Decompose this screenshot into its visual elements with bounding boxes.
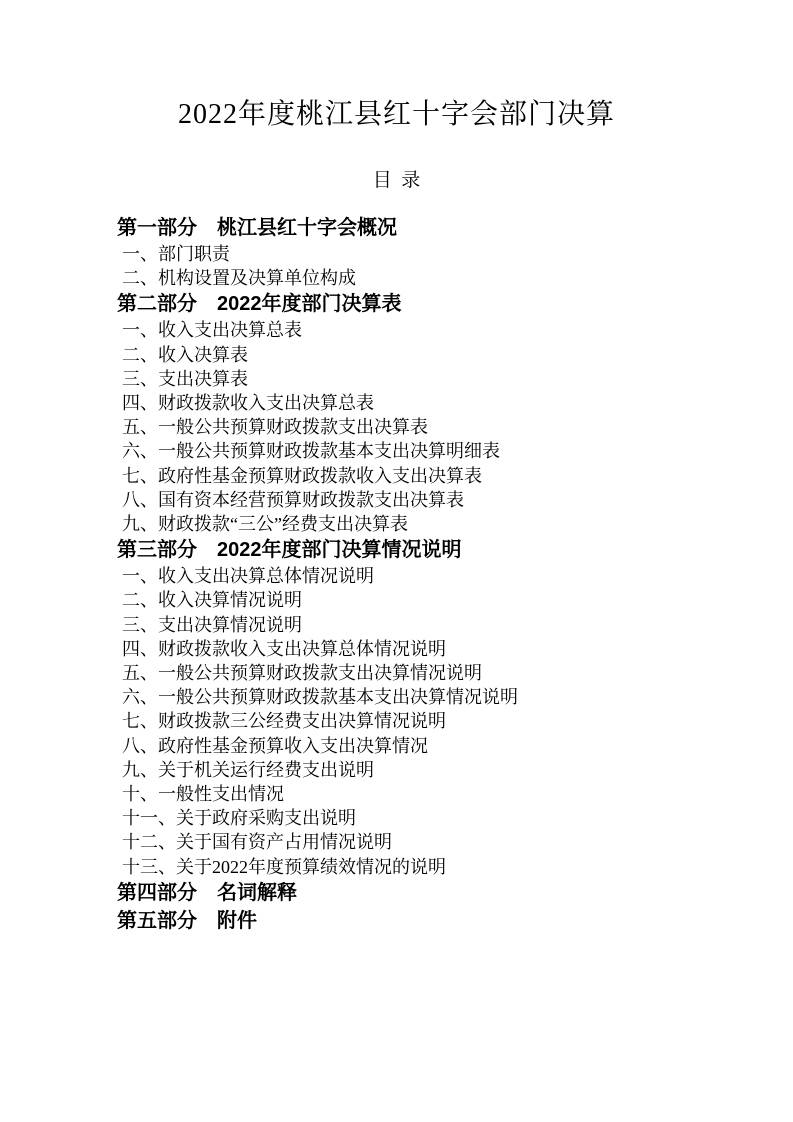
toc-item: 二、机构设置及决算单位构成 <box>117 266 733 290</box>
toc-title: 目 录 <box>0 171 793 191</box>
toc-item: 六、一般公共预算财政拨款基本支出决算明细表 <box>117 439 733 463</box>
toc-item: 七、财政拨款三公经费支出决算情况说明 <box>117 709 733 733</box>
toc-item: 三、支出决算情况说明 <box>117 613 733 637</box>
toc-item: 八、政府性基金预算收入支出决算情况 <box>117 734 733 758</box>
document-title: 2022年度桃江县红十字会部门决算 <box>0 0 793 133</box>
document-page: 2022年度桃江县红十字会部门决算 目 录 第一部分 桃江县红十字会概况 一、部… <box>0 0 793 1122</box>
toc-item: 九、财政拨款“三公”经费支出决算表 <box>117 512 733 536</box>
toc-item: 八、国有资本经营预算财政拨款支出决算表 <box>117 488 733 512</box>
toc-item: 十二、关于国有资产占用情况说明 <box>117 830 733 854</box>
toc-item: 四、财政拨款收入支出决算总表 <box>117 391 733 415</box>
toc-item: 一、收入支出决算总体情况说明 <box>117 564 733 588</box>
toc-item: 七、政府性基金预算财政拨款收入支出决算表 <box>117 464 733 488</box>
toc-item: 四、财政拨款收入支出决算总体情况说明 <box>117 637 733 661</box>
toc-item: 十一、关于政府采购支出说明 <box>117 806 733 830</box>
table-of-contents: 第一部分 桃江县红十字会概况 一、部门职责 二、机构设置及决算单位构成 第二部分… <box>0 214 793 935</box>
toc-section-heading-part1: 第一部分 桃江县红十字会概况 <box>117 214 733 242</box>
toc-item: 一、收入支出决算总表 <box>117 318 733 342</box>
toc-item: 九、关于机关运行经费支出说明 <box>117 758 733 782</box>
toc-section-heading-part2: 第二部分 2022年度部门决算表 <box>117 290 733 318</box>
toc-item: 二、收入决算情况说明 <box>117 588 733 612</box>
toc-section-heading-part5: 第五部分 附件 <box>117 907 733 935</box>
toc-item: 十三、关于2022年度预算绩效情况的说明 <box>117 855 733 879</box>
toc-item: 六、一般公共预算财政拨款基本支出决算情况说明 <box>117 685 733 709</box>
toc-item: 二、收入决算表 <box>117 343 733 367</box>
toc-item: 五、一般公共预算财政拨款支出决算情况说明 <box>117 661 733 685</box>
toc-item: 五、一般公共预算财政拨款支出决算表 <box>117 415 733 439</box>
toc-section-heading-part3: 第三部分 2022年度部门决算情况说明 <box>117 536 733 564</box>
toc-item: 一、部门职责 <box>117 242 733 266</box>
toc-item: 三、支出决算表 <box>117 367 733 391</box>
toc-item: 十、一般性支出情况 <box>117 782 733 806</box>
toc-section-heading-part4: 第四部分 名词解释 <box>117 879 733 907</box>
